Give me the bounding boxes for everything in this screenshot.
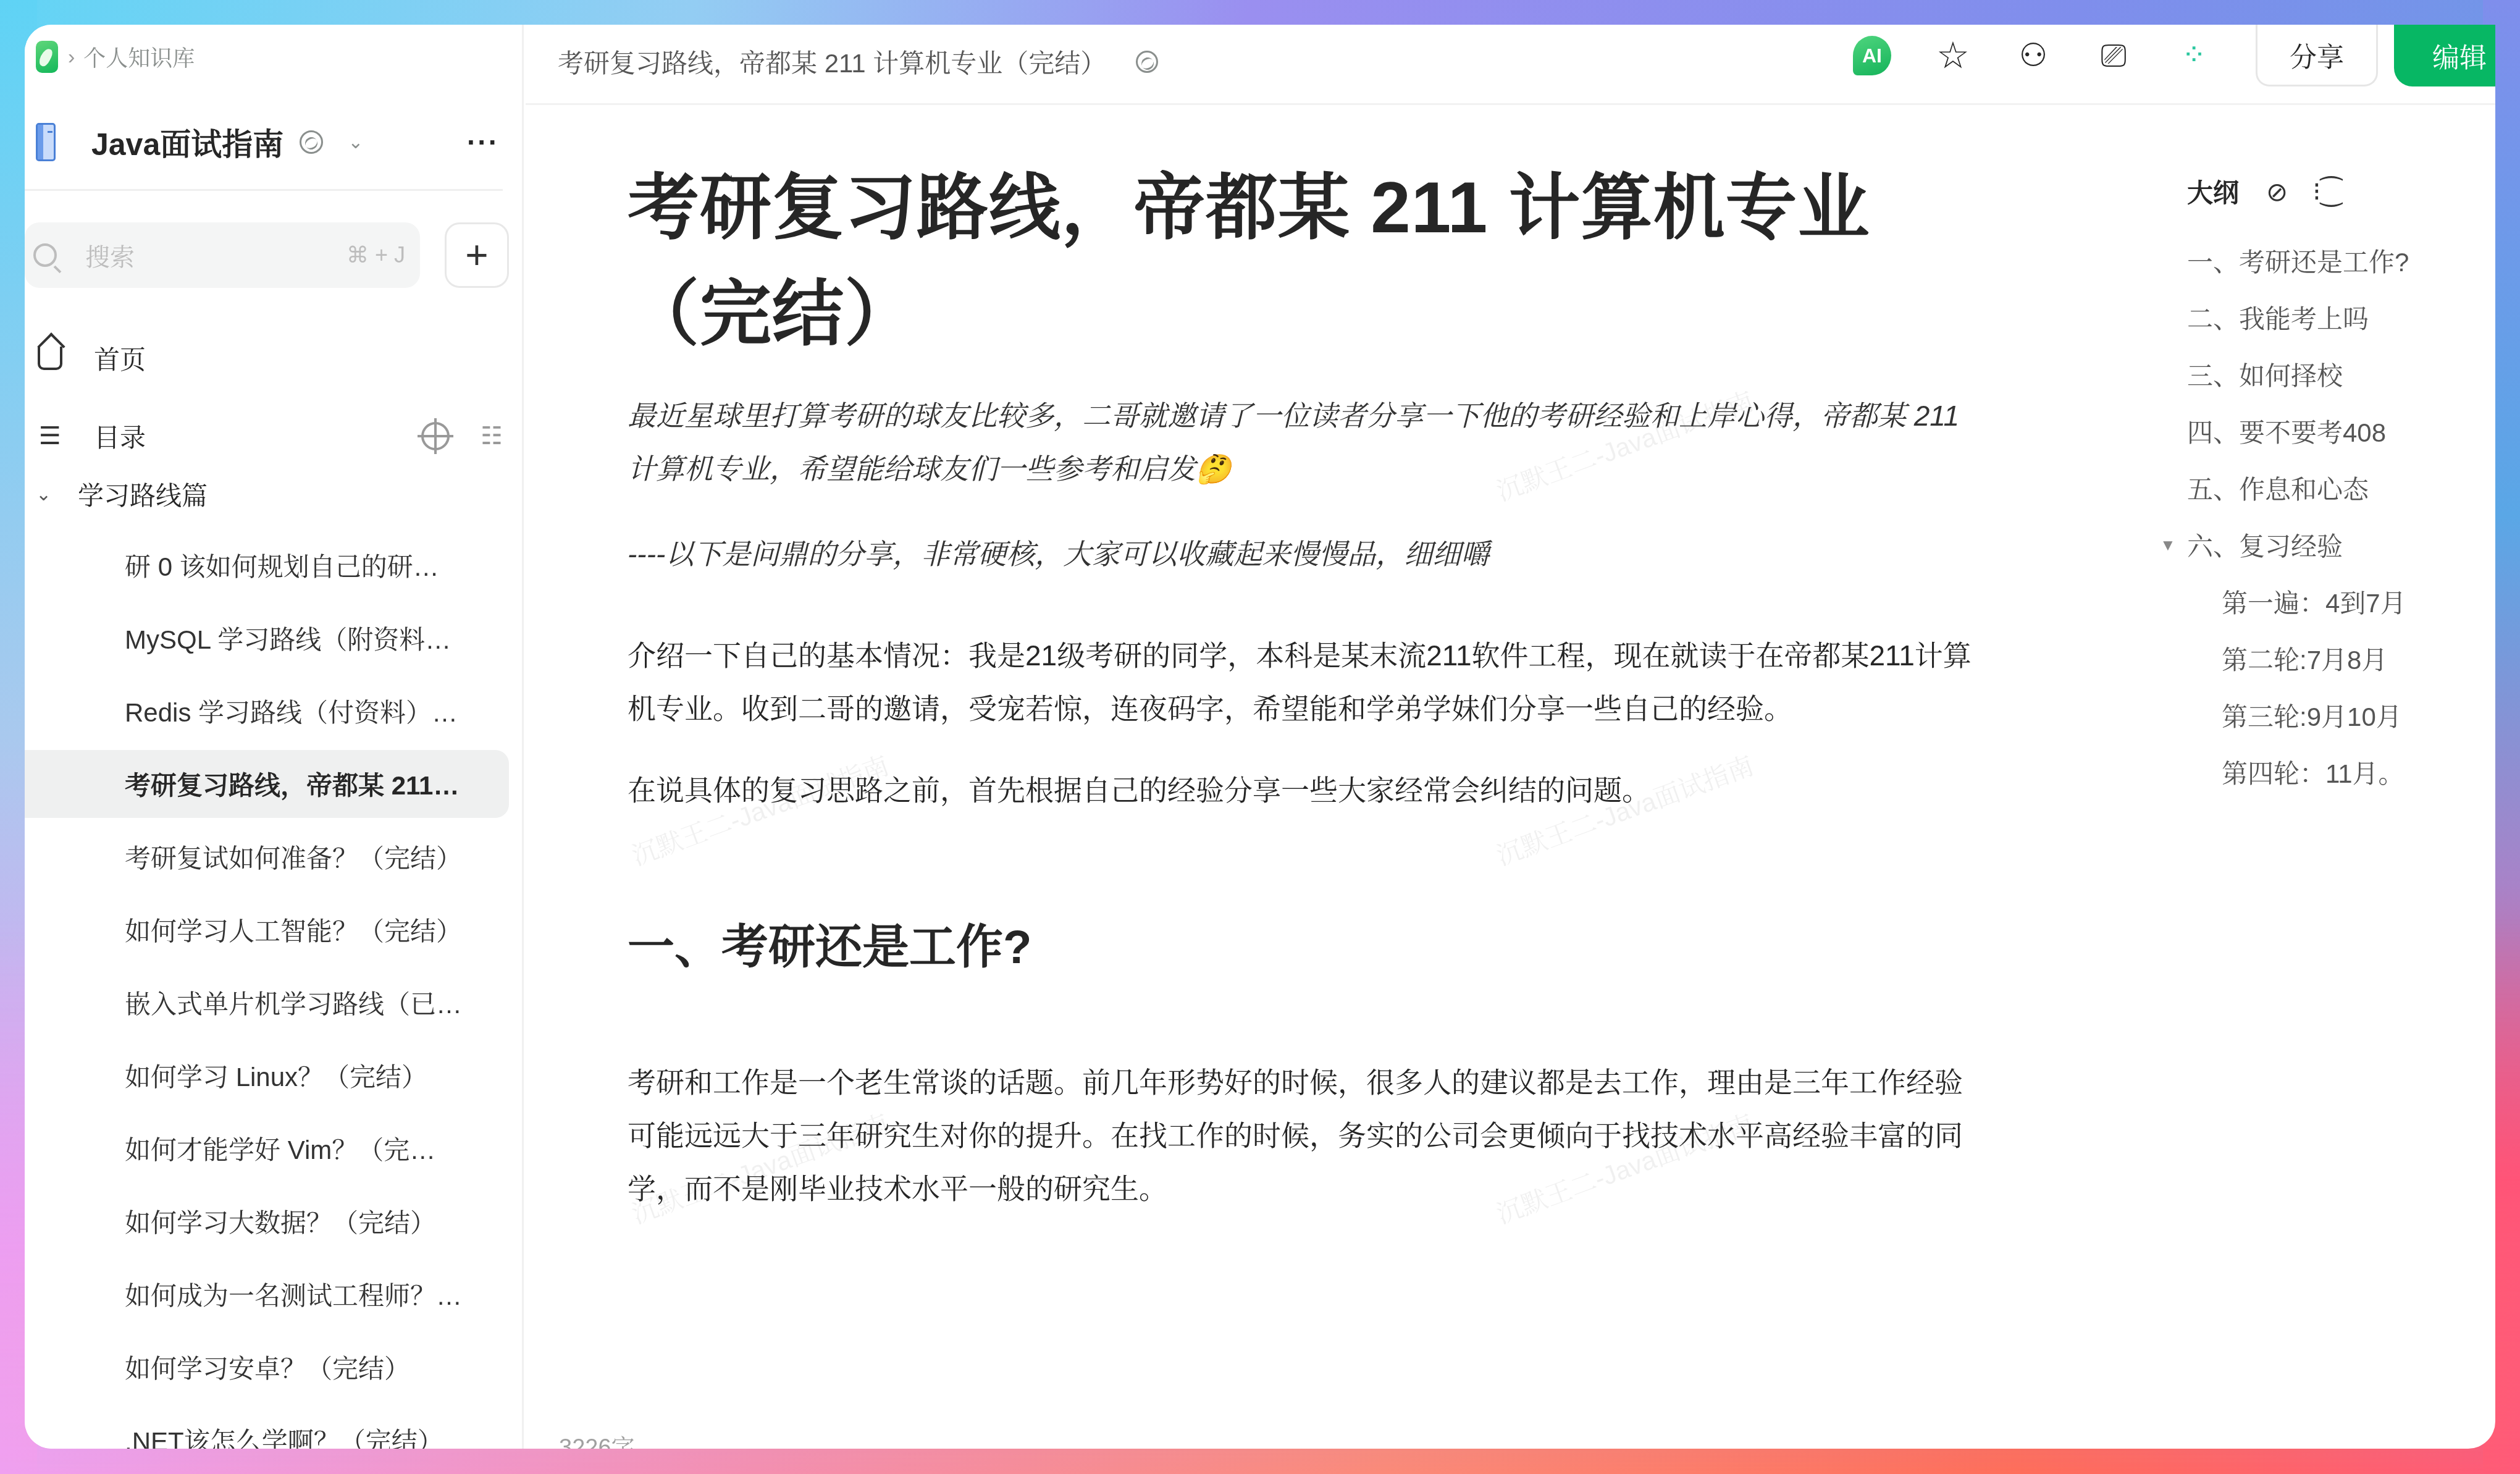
outline-title: 大纲 (2187, 173, 2239, 210)
outline-panel: 大纲 ⊘ ⁝⁐ 一、考研还是工作? 二、我能考上吗 三、如何择校 四、要不要考4… (2156, 167, 2416, 801)
search-shortcut: ⌘ + J (346, 242, 405, 268)
main-area: 考研复习路线，帝都某 211 计算机专业（完结） AI ☆ ⚇ ⎚ ⁘ 分享 编… (526, 25, 2495, 1449)
doc-list-item[interactable]: .NET该怎么学啊？（完结） (25, 1406, 509, 1449)
doc-list-item[interactable]: 嵌入式单片机学习路线（已… (25, 969, 509, 1037)
paragraph: 介绍一下自己的基本情况：我是21级考研的同学，本科是某末流211软件工程，现在就… (628, 629, 1974, 735)
book-header: Java面试指南 ⌄ ··· (36, 111, 511, 173)
title-line-2: （完结） (628, 261, 1974, 367)
sidebar-divider (25, 189, 503, 191)
app-logo-icon[interactable] (36, 41, 58, 73)
document-content: 考研复习路线，帝都某 211 计算机专业 （完结） 最近星球里打算考研的球友比较… (628, 154, 1974, 1215)
toc-group-learning-path[interactable]: ⌄ 学习路线篇 (36, 470, 208, 519)
chevron-right-icon: › (68, 45, 75, 69)
outline-header: 大纲 ⊘ ⁝⁐ (2187, 167, 2416, 216)
book-title[interactable]: Java面试指南 (91, 120, 283, 164)
locate-icon[interactable] (421, 422, 450, 450)
group-label: 学习路线篇 (78, 476, 208, 513)
add-button[interactable]: + (445, 222, 509, 288)
presentation-icon[interactable]: ⎚ (2095, 40, 2132, 72)
add-collaborator-icon[interactable]: ⚇ (2015, 40, 2052, 72)
doc-list-item[interactable]: MySQL 学习路线（附资料… (25, 604, 509, 672)
breadcrumb: › 个人知识库 (36, 40, 195, 74)
doc-list-item[interactable]: 如何成为一名测试工程师？… (25, 1260, 509, 1328)
document-title: 考研复习路线，帝都某 211 计算机专业 （完结） (628, 154, 1974, 367)
home-icon (38, 347, 62, 370)
outline-subitem[interactable]: 第一遍：4到7月 (2222, 573, 2416, 630)
search-input[interactable]: 搜索 ⌘ + J (25, 222, 420, 288)
outline-subitem[interactable]: 第二轮:7月8月 (2222, 630, 2416, 687)
search-placeholder: 搜索 (85, 238, 346, 273)
apps-icon[interactable]: ⁘ (2175, 41, 2212, 70)
doc-list-item[interactable]: 如何学习人工智能？（完结） (25, 896, 509, 964)
home-icon-wrap (36, 340, 64, 376)
doc-list-item[interactable]: 如何学习 Linux？（完结） (25, 1042, 509, 1110)
title-line-1: 考研复习路线，帝都某 211 计算机专业 (628, 154, 1974, 261)
book-icon (36, 123, 56, 161)
sidebar-item-home[interactable]: 首页 (36, 334, 511, 383)
sidebar-item-label: 首页 (94, 340, 146, 377)
caret-down-icon[interactable]: ▼ (2160, 536, 2176, 555)
star-icon[interactable]: ☆ (1934, 37, 1972, 74)
app-window: › 个人知识库 Java面试指南 ⌄ ··· 搜索 ⌘ + J + 首页 ☰ 目… (25, 25, 2495, 1449)
toc-actions: ☷ (421, 422, 503, 450)
eye-off-icon[interactable]: ⊘ (2266, 177, 2288, 207)
section-heading: 一、考研还是工作? (628, 909, 1974, 977)
doc-list-item[interactable]: 考研复试如何准备？（完结） (25, 823, 509, 891)
chevron-down-icon[interactable]: ⌄ (36, 484, 61, 505)
outline-item[interactable]: 五、作息和心态 (2187, 460, 2416, 516)
doc-list: 研 0 该如何规划自己的研… MySQL 学习路线（附资料… Redis 学习路… (25, 531, 509, 1449)
outline-subitem[interactable]: 第三轮:9月10月 (2222, 687, 2416, 744)
chevron-down-icon[interactable]: ⌄ (348, 132, 363, 153)
outline-item[interactable]: 四、要不要考408 (2187, 403, 2416, 460)
paragraph: 考研和工作是一个老生常谈的话题。前几年形势好的时候，很多人的建议都是去工作，理由… (628, 1056, 1974, 1215)
doc-breadcrumb-title: 考研复习路线，帝都某 211 计算机专业（完结） (558, 43, 1158, 80)
intro-paragraph: 最近星球里打算考研的球友比较多，二哥就邀请了一位读者分享一下他的考研经验和上岸心… (628, 389, 1974, 495)
globe-icon (300, 130, 323, 154)
outline-item[interactable]: 一、考研还是工作? (2187, 232, 2416, 289)
ai-assistant-button[interactable]: AI (1853, 36, 1891, 75)
toc-list-icon: ☰ (36, 422, 64, 450)
doc-list-item[interactable]: 如何学习安卓？（完结） (25, 1333, 509, 1401)
outline-item-label: 六、复习经验 (2187, 526, 2343, 563)
outline-item[interactable]: 二、我能考上吗 (2187, 289, 2416, 346)
sidebar-item-label: 目录 (94, 418, 146, 455)
topbar-title-text: 考研复习路线，帝都某 211 计算机专业（完结） (558, 43, 1106, 80)
quote-paragraph: ----以下是问鼎的分享，非常硬核，大家可以收藏起来慢慢品，细细嚼 (628, 528, 1974, 581)
top-bar: 考研复习路线，帝都某 211 计算机专业（完结） AI ☆ ⚇ ⎚ ⁘ 分享 编… (526, 25, 2495, 105)
edit-button[interactable]: 编辑 (2394, 25, 2495, 86)
more-options-button[interactable]: ··· (467, 125, 499, 159)
breadcrumb-root[interactable]: 个人知识库 (83, 41, 195, 73)
doc-list-item[interactable]: 如何学习大数据？（完结） (25, 1187, 509, 1255)
sidebar: › 个人知识库 Java面试指南 ⌄ ··· 搜索 ⌘ + J + 首页 ☰ 目… (25, 25, 524, 1449)
doc-list-item[interactable]: 如何才能学好 Vim？（完… (25, 1114, 509, 1182)
paragraph: 在说具体的复习思路之前，首先根据自己的经验分享一些大家经常会纠结的问题。 (628, 764, 1974, 817)
outline-collapse-icon[interactable]: ⁝⁐ (2312, 177, 2341, 207)
share-button[interactable]: 分享 (2256, 25, 2378, 86)
globe-icon (1136, 51, 1158, 73)
doc-list-item[interactable]: Redis 学习路线（付资料）… (25, 677, 509, 745)
outline-item[interactable]: 三、如何择校 (2187, 346, 2416, 403)
doc-list-item[interactable]: 研 0 该如何规划自己的研… (25, 531, 509, 599)
outline-item-expanded[interactable]: ▼ 六、复习经验 (2187, 516, 2416, 573)
collapse-all-icon[interactable]: ☷ (481, 422, 503, 450)
word-count: 3226字 (559, 1428, 635, 1449)
doc-list-item-active[interactable]: 考研复习路线，帝都某 211… (25, 750, 509, 818)
sidebar-item-toc[interactable]: ☰ 目录 ☷ (36, 411, 511, 461)
search-icon (33, 243, 57, 267)
toolbar: AI ☆ ⚇ ⎚ ⁘ 分享 编辑 (1853, 25, 2495, 86)
outline-subitem[interactable]: 第四轮：11月。 (2222, 744, 2416, 801)
